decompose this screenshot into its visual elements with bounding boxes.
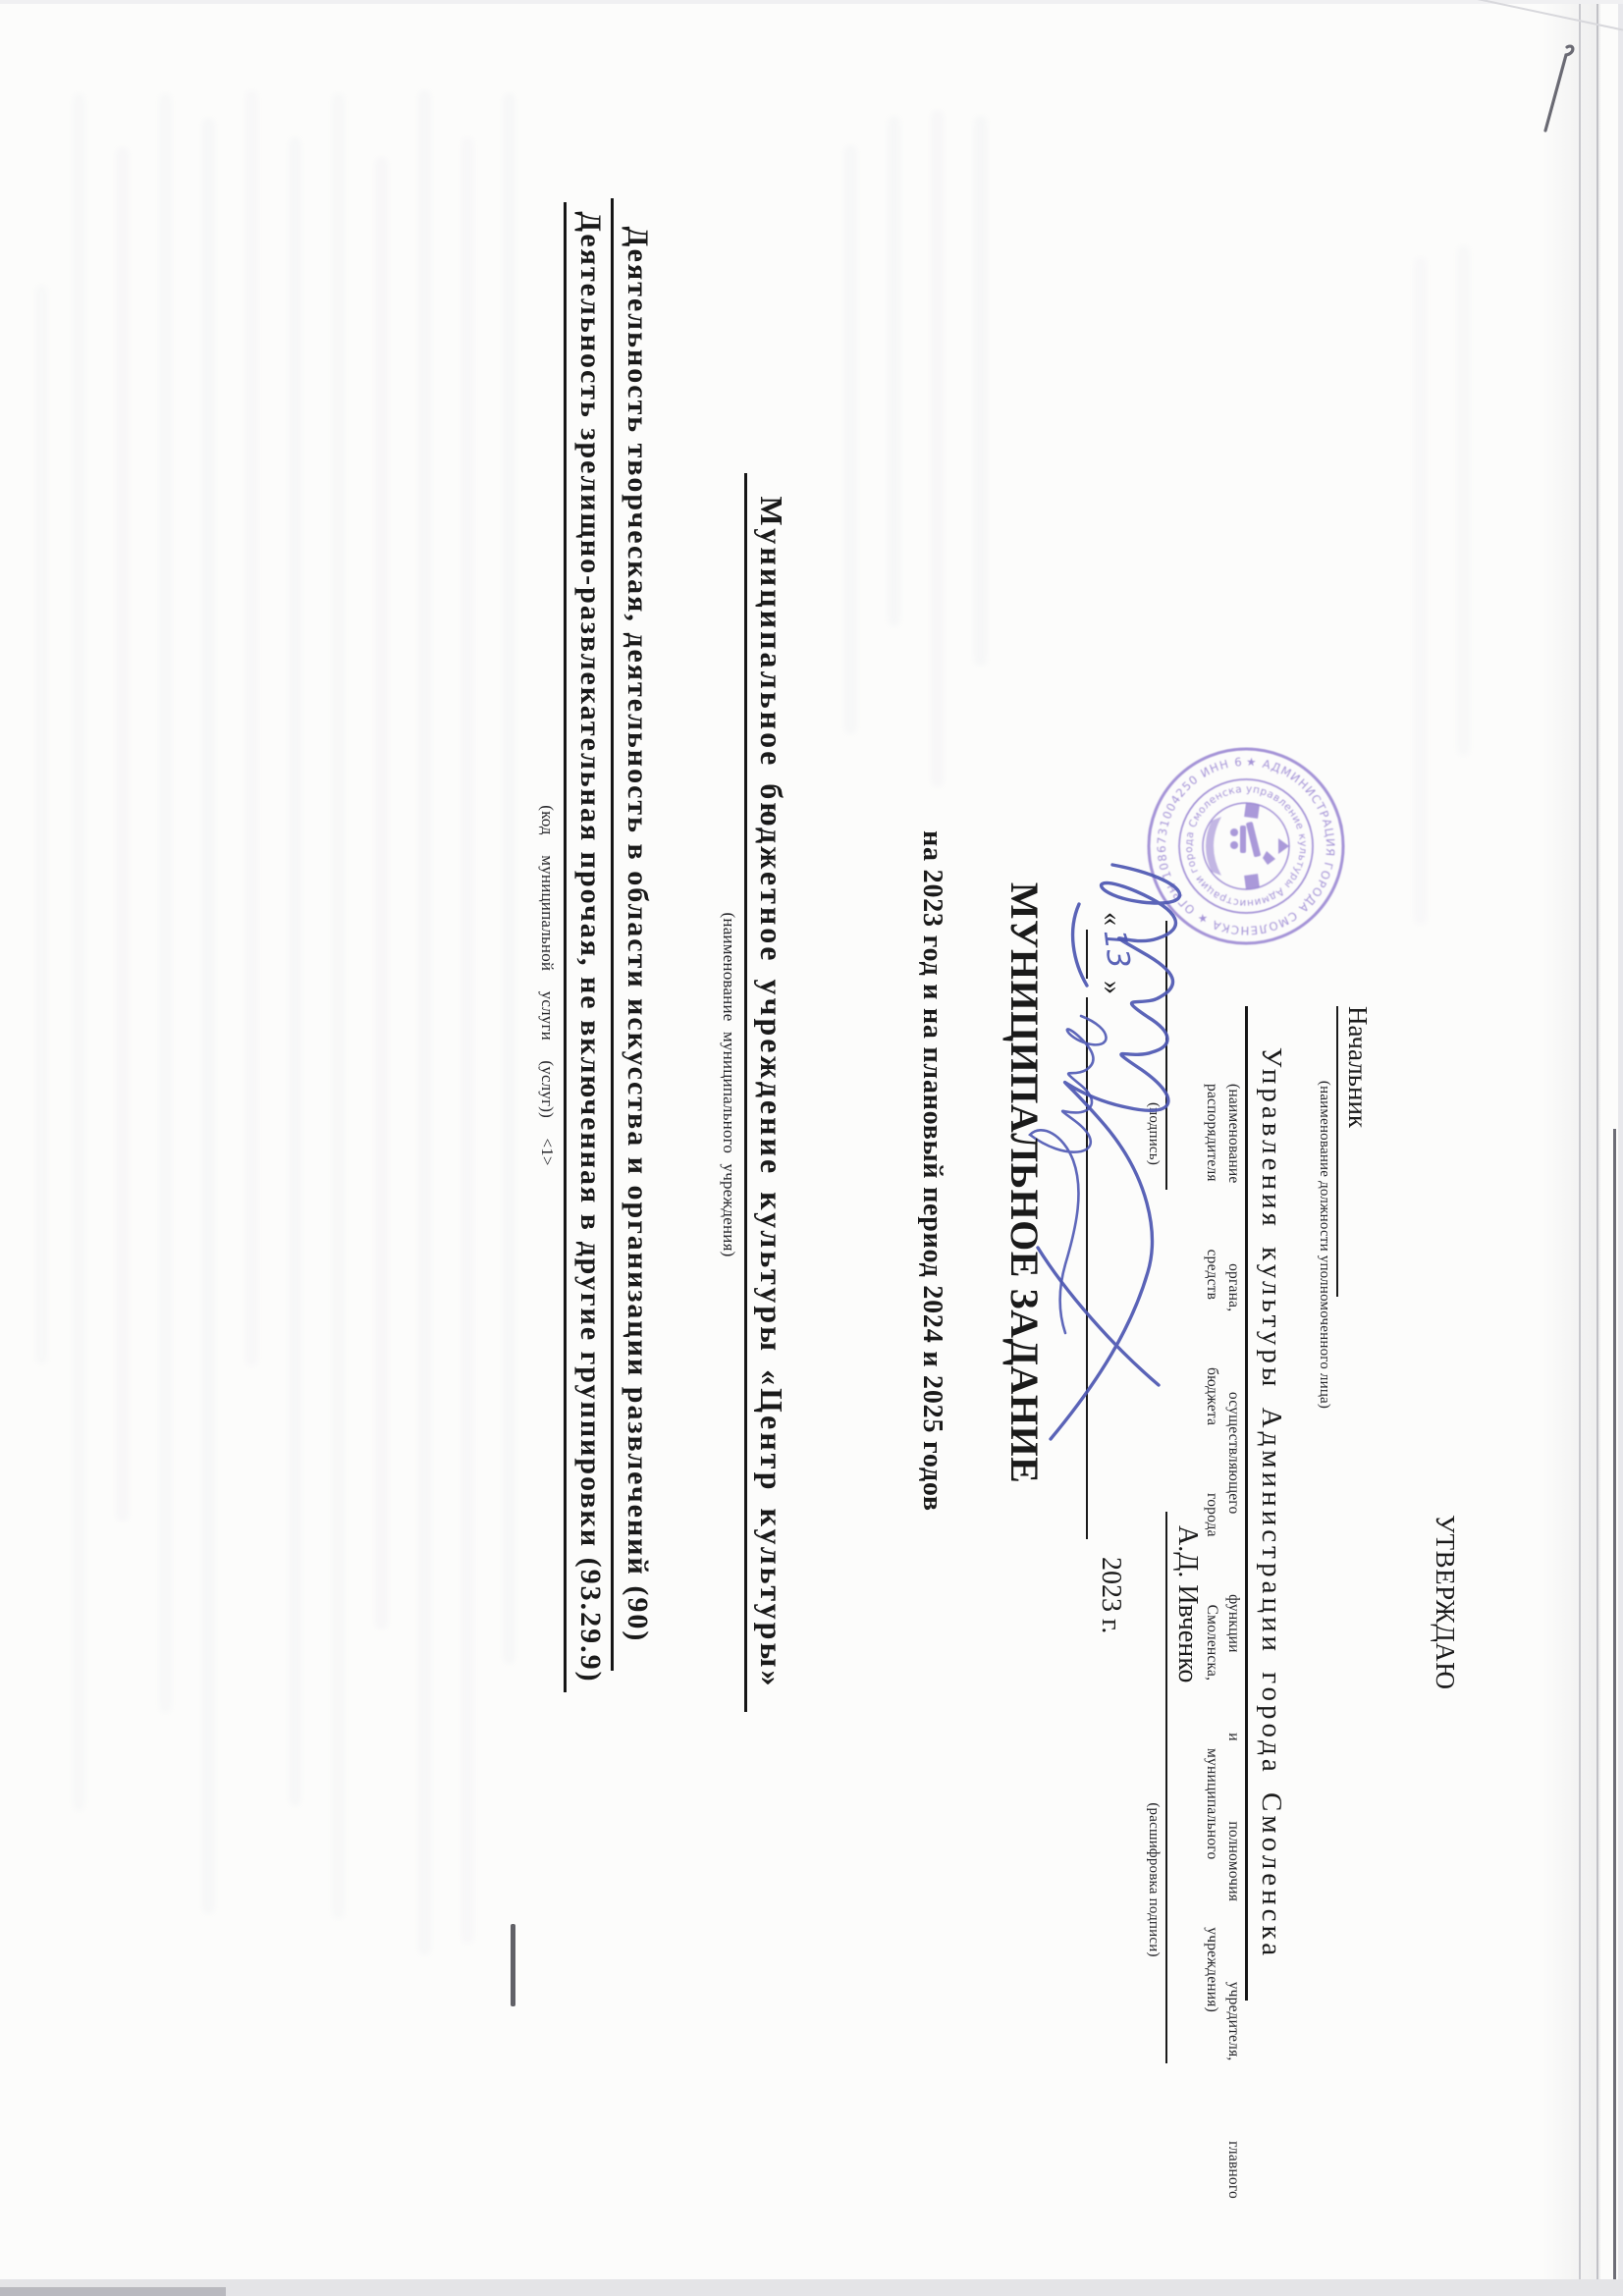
stray-ink-mark	[511, 1924, 515, 2006]
bleed-through-smudge	[332, 93, 345, 1919]
approve-label: УТВЕРЖДАЮ	[1430, 1515, 1460, 1690]
bleed-through-smudge	[245, 90, 258, 1366]
document-subtitle: на 2023 год и на плановый период 2024 и …	[916, 826, 947, 1517]
page-edge-line-dark	[1613, 1129, 1616, 2296]
signature-ink	[1026, 811, 1262, 1576]
bleed-through-smudge	[73, 93, 85, 1811]
page-edge-line	[1579, 0, 1581, 2296]
bleed-through-smudge	[202, 118, 215, 1914]
bleed-through-smudge	[844, 145, 857, 734]
bleed-through-smudge	[931, 110, 944, 787]
name-line: А.Д. Ивченко	[1165, 1512, 1207, 2063]
scan-margin	[1618, 0, 1623, 2296]
bleed-through-smudge	[375, 157, 388, 1629]
bleed-through-smudge	[35, 285, 48, 1364]
bleed-through-smudge	[289, 137, 301, 1806]
bleed-through-smudge	[116, 147, 129, 1522]
activity-line-1-text: Деятельность творческая, деятельность в …	[622, 227, 654, 1643]
scan-bottom-shadow	[0, 2287, 226, 2296]
activity-line-2-text: Деятельность зрелищно-развлекательная пр…	[574, 211, 607, 1682]
activity-line-1: Деятельность творческая, деятельность в …	[611, 198, 661, 1671]
scan-top-band	[0, 0, 1623, 4]
document-page: УТВЕРЖДАЮ Начальник (наименование должно…	[0, 0, 1623, 2296]
scan-edge-shadow	[1542, 0, 1600, 2296]
scan-bottom-band	[0, 2279, 1623, 2296]
position-caption: (наименование должности уполномоченного …	[1316, 1062, 1332, 1427]
institution-name: Муниципальное бюджетное учреждение культ…	[754, 497, 789, 1689]
bleed-through-smudge	[461, 137, 474, 1944]
service-code-caption: (код муниципальной услуги (услуг)) <1>	[537, 636, 557, 1335]
activity-line-2: Деятельность зрелищно-развлекательная пр…	[564, 202, 614, 1692]
bleed-through-smudge	[1457, 245, 1470, 756]
bleed-through-smudge	[888, 116, 900, 626]
page-edge-line	[1596, 0, 1598, 2296]
document-title: МУНИЦИПАЛЬНОЕ ЗАДАНИЕ	[1001, 862, 1048, 1504]
bleed-through-smudge	[503, 93, 515, 1664]
name-caption: (расшифровка подписи)	[1145, 1703, 1162, 2056]
bleed-through-smudge	[1414, 257, 1427, 925]
document-scan: УТВЕРЖДАЮ Начальник (наименование должно…	[0, 0, 1623, 2296]
bleed-through-smudge	[159, 93, 172, 1713]
institution-caption: (наименование муниципального учреждения)	[719, 848, 738, 1321]
institution-row: Муниципальное бюджетное учреждение культ…	[744, 473, 795, 1712]
position-row: Начальник	[1336, 1006, 1377, 1297]
bleed-through-smudge	[418, 90, 431, 1955]
position-title: Начальник	[1343, 1006, 1373, 1128]
bleed-through-smudge	[974, 116, 987, 666]
